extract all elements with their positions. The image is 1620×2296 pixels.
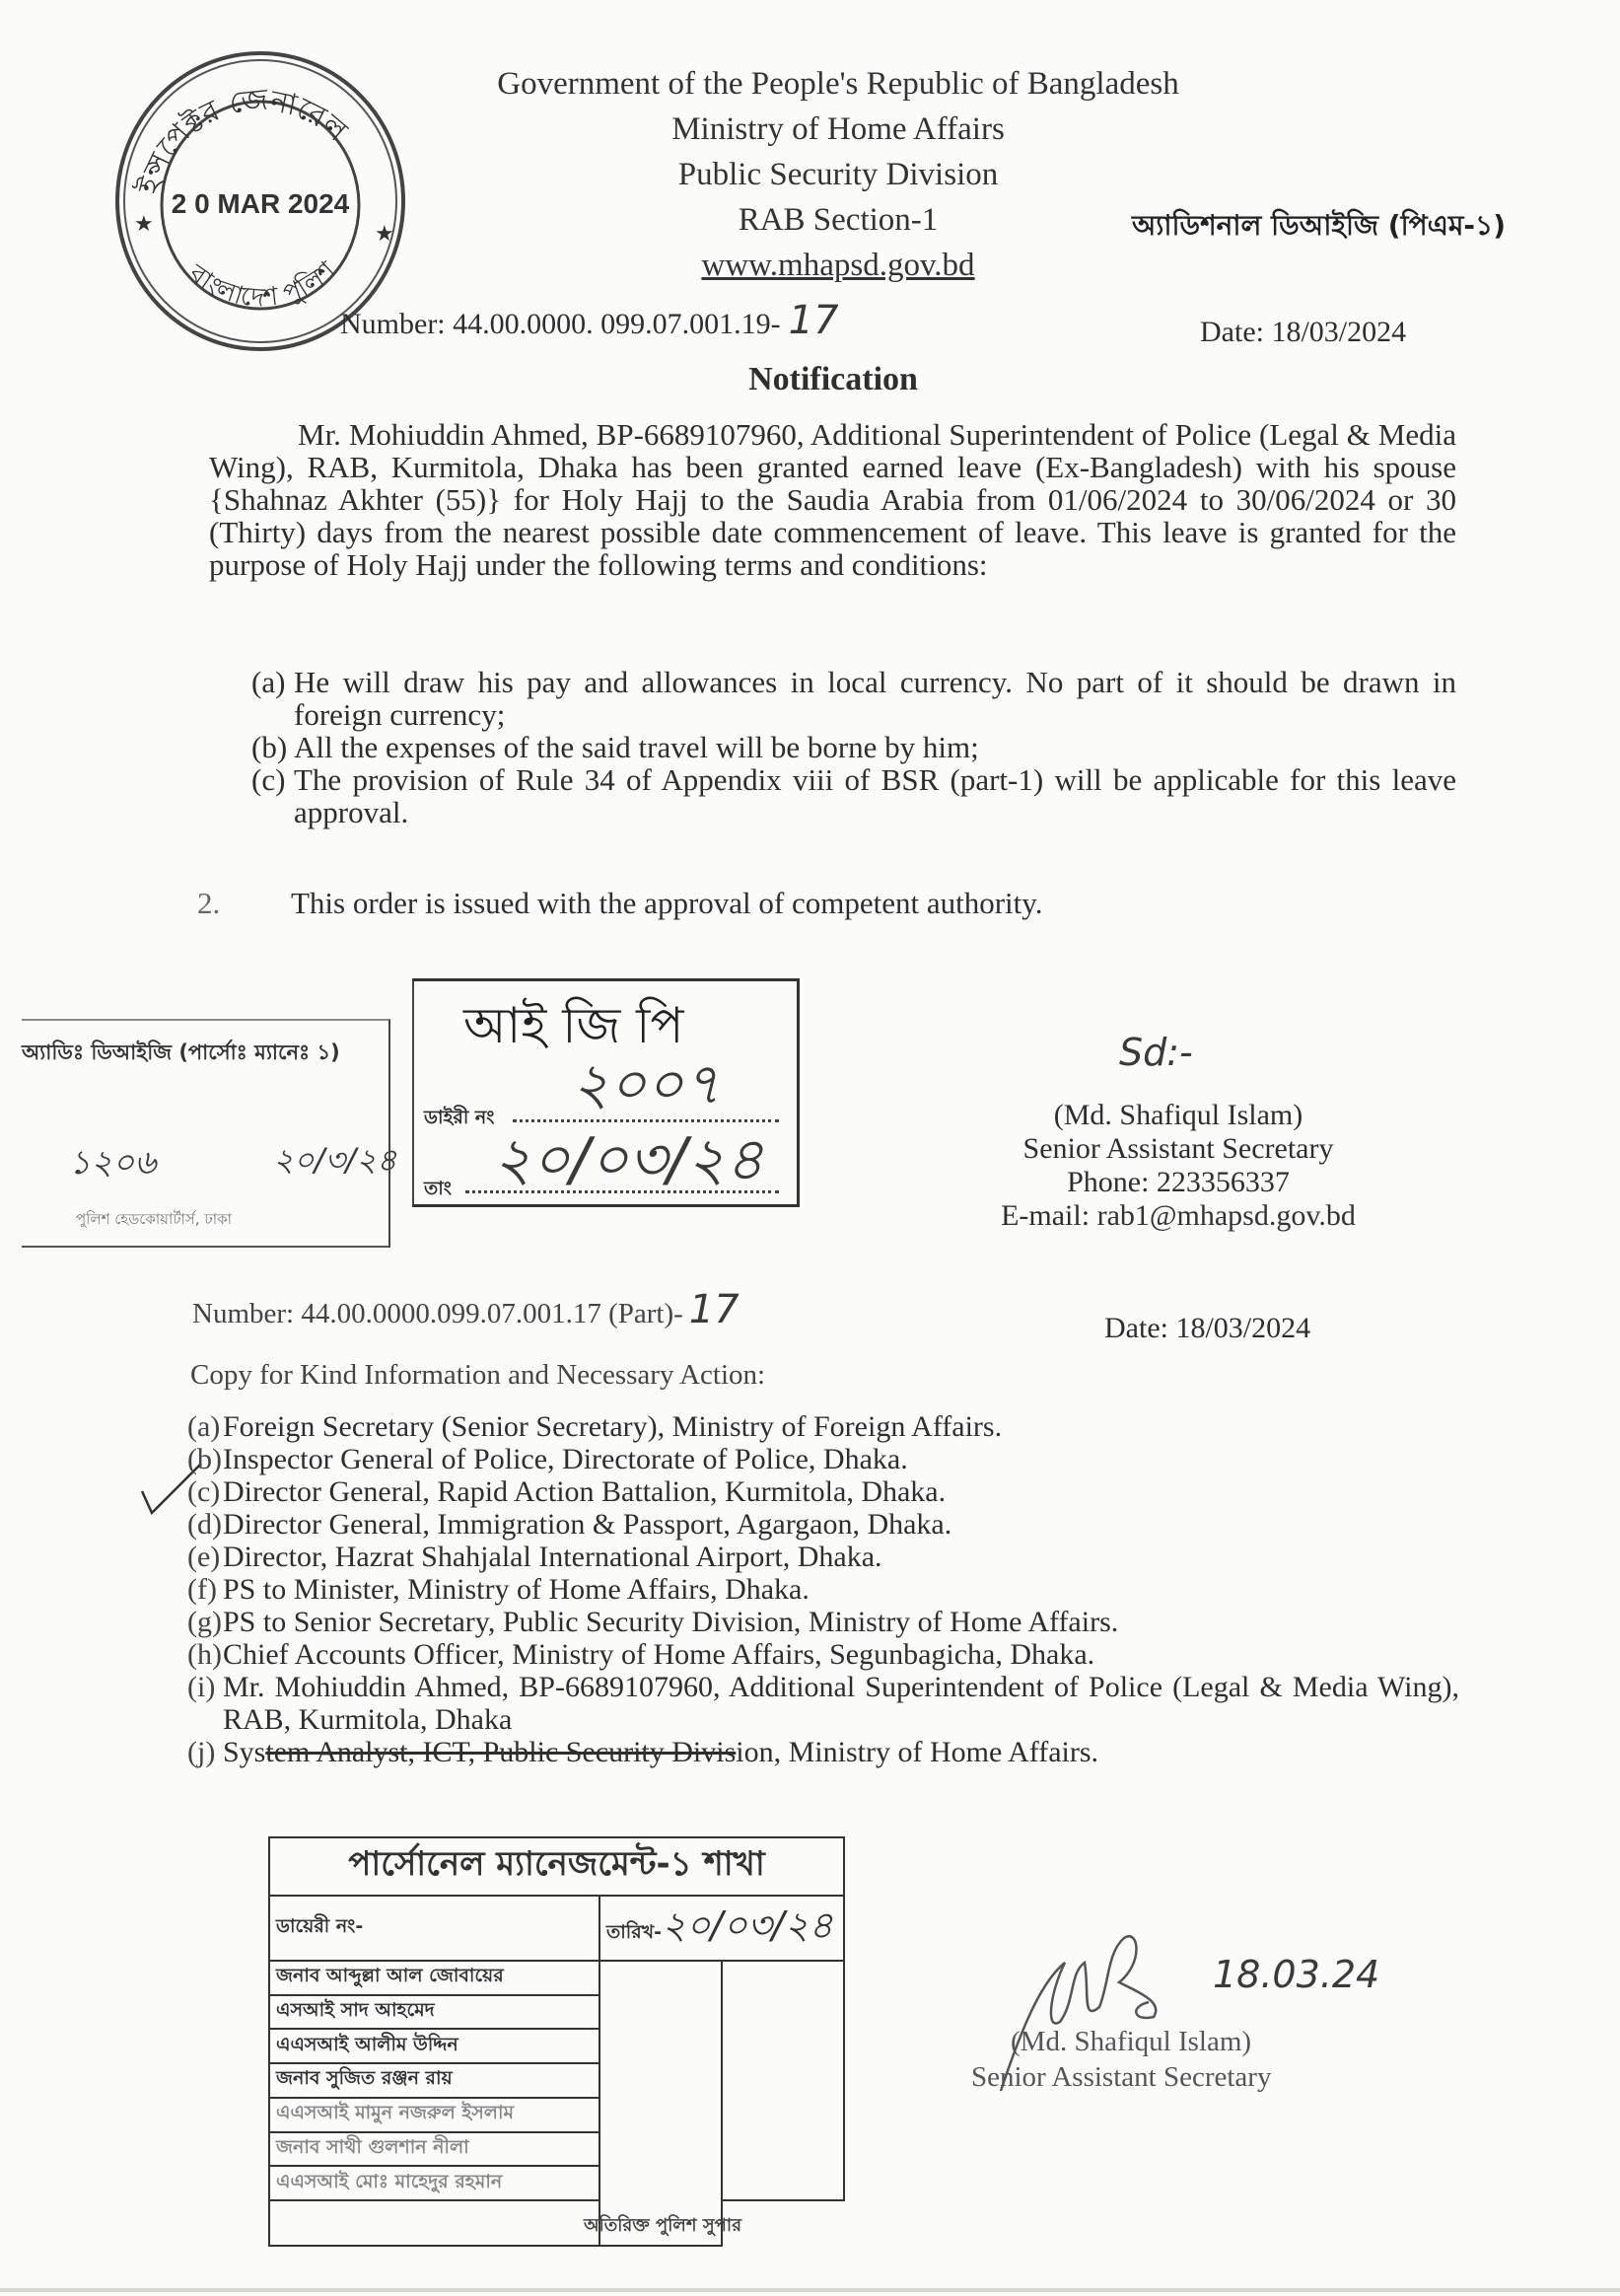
recipient-item: (c)Director General, Rapid Action Battal… <box>187 1475 1459 1508</box>
letterhead-division: Public Security Division <box>375 152 1302 197</box>
conditions-list: (a) He will draw his pay and allowances … <box>251 666 1456 828</box>
struck-text: tem Analyst, ICT, Public Security Divis <box>265 1736 736 1768</box>
recipient-item: (a)Foreign Secretary (Senior Secretary),… <box>187 1410 1459 1443</box>
routing-name: জনাব সুজিত রঞ্জন রায় <box>269 2063 599 2098</box>
stamp-date: 2 0 MAR 2024 <box>172 188 350 219</box>
routing-name: জনাব সাথী গুলশান নীলা <box>269 2132 599 2167</box>
reference-number: Number: 44.00.0000. 099.07.001.19-17 <box>340 298 839 343</box>
routing-name: জনাব আব্দুল্লা আল জোবায়ের <box>269 1961 599 1995</box>
distribution-list: (a)Foreign Secretary (Senior Secretary),… <box>187 1410 1459 1768</box>
condition-item: (a) He will draw his pay and allowances … <box>251 666 1456 731</box>
bengali-addressee-note: অ্যাডিশনাল ডিআইজি (পিএম-১) <box>1132 204 1506 251</box>
letterhead-government: Government of the People's Republic of B… <box>375 61 1302 107</box>
addl-dig-stamp-footer: পুলিশ হেডকোয়ার্টার্স, ঢাকা <box>76 1208 232 1233</box>
handwritten-signature-date: 18.03.24 <box>1213 1953 1379 1996</box>
routing-name: এএসআই আলীম উদ্দিন <box>269 2029 599 2063</box>
copy-date: Date: 18/03/2024 <box>1104 1312 1310 1345</box>
branch-date-cell: তারিখ-২০/০৩/২৪ <box>599 1896 844 1961</box>
signature-block-notification: Sd:- (Md. Shafiqul Islam) Senior Assista… <box>971 1036 1385 1233</box>
igp-diary-stamp: আই জি পি ২০০৭ ডাইরী নং ২০/০৩/২৪ তাং <box>412 978 800 1207</box>
branch-stamp-footer: অতিরিক্ত পুলিশ সুপার <box>584 2211 741 2242</box>
branch-stamp-title: পার্সোনেল ম্যানেজমেন্ট-১ শাখা <box>269 1837 844 1896</box>
point-2: 2.This order is issued with the approval… <box>197 886 1042 921</box>
igp-diary-date: ২০/০৩/২৪ <box>493 1114 763 1213</box>
igp-diary-label: ডাইরী নং <box>424 1104 494 1135</box>
branch-diary-label: ডায়েরী নং- <box>269 1896 599 1961</box>
routing-name: এসআই সাদ আহমেদ <box>269 1995 599 2030</box>
routing-name: এএসআই মোঃ মাহেদুর রহমান <box>269 2166 599 2200</box>
letterhead-ministry: Ministry of Home Affairs <box>375 107 1302 152</box>
signatory-name: (Md. Shafiqul Islam) <box>1011 2026 1251 2058</box>
signatory-email: E-mail: rab1@mhapsd.gov.bd <box>971 1199 1385 1233</box>
condition-item: (b) All the expenses of the said travel … <box>251 731 1456 763</box>
condition-item: (c) The provision of Rule 34 of Appendix… <box>251 763 1456 828</box>
addl-dig-receipt-stamp: অ্যাডিঃ ডিআইজি (পার্সোঃ ম্যানেঃ ১) ১২০৬ … <box>22 1019 390 1248</box>
page-edge <box>0 2288 1620 2292</box>
recipient-item: (h)Chief Accounts Officer, Ministry of H… <box>187 1638 1459 1671</box>
routing-name: এএসআই মামুন নজরুল ইসলাম <box>269 2098 599 2132</box>
signatory-title: Senior Assistant Secretary <box>971 2061 1271 2094</box>
signatory-phone: Phone: 223356337 <box>971 1166 1385 1199</box>
recipient-item: (f)PS to Minister, Ministry of Home Affa… <box>187 1573 1459 1606</box>
branch-handwritten-date: ২০/০৩/২৪ <box>662 1903 833 1947</box>
recipient-item: (b)Inspector General of Police, Director… <box>187 1443 1459 1475</box>
notification-title: Notification <box>0 361 1620 398</box>
signatory-name: (Md. Shafiqul Islam) <box>971 1099 1385 1132</box>
personnel-management-branch-stamp: পার্সোনেল ম্যানেজমেন্ট-১ শাখা ডায়েরী নং… <box>268 1836 845 2247</box>
recipient-item: (j)System Analyst, ICT, Public Security … <box>187 1736 1459 1768</box>
website-link[interactable]: www.mhapsd.gov.bd <box>701 248 974 283</box>
signatory-title: Senior Assistant Secretary <box>971 1132 1385 1166</box>
recipient-item: (g)PS to Senior Secretary, Public Securi… <box>187 1606 1459 1638</box>
reference-date: Date: 18/03/2024 <box>1200 316 1406 349</box>
copy-reference-number: Number: 44.00.0000.099.07.001.17 (Part)-… <box>192 1287 740 1332</box>
addl-dig-stamp-title: অ্যাডিঃ ডিআইজি (পার্সোঃ ম্যানেঃ ১) <box>22 1037 340 1071</box>
recipient-item: (i)Mr. Mohiuddin Ahmed, BP-6689107960, A… <box>187 1671 1459 1736</box>
handwritten-receipt-date: ২০/৩/২৪ <box>273 1135 397 1188</box>
igp-date-label: তাং <box>424 1175 452 1206</box>
notification-body: Mr. Mohiuddin Ahmed, BP-6689107960, Addi… <box>209 418 1456 581</box>
handwritten-number: 17 <box>789 298 839 343</box>
svg-text:বাংলাদেশ পুলিশ: বাংলাদেশ পুলিশ <box>182 255 342 313</box>
handwritten-receipt-number: ১২০৬ <box>69 1137 156 1193</box>
email-link[interactable]: rab1@mhapsd.gov.bd <box>1097 1199 1356 1232</box>
handwritten-copy-number: 17 <box>689 1287 740 1332</box>
sd-mark: Sd:- <box>971 1036 1385 1069</box>
svg-text:★: ★ <box>134 211 154 236</box>
letterhead: Government of the People's Republic of B… <box>375 61 1302 288</box>
copy-heading: Copy for Kind Information and Necessary … <box>190 1359 765 1392</box>
recipient-item: (d)Director General, Immigration & Passp… <box>187 1508 1459 1541</box>
recipient-item: (e)Director, Hazrat Shahjalal Internatio… <box>187 1541 1459 1573</box>
date-dotted-line <box>465 1190 779 1193</box>
